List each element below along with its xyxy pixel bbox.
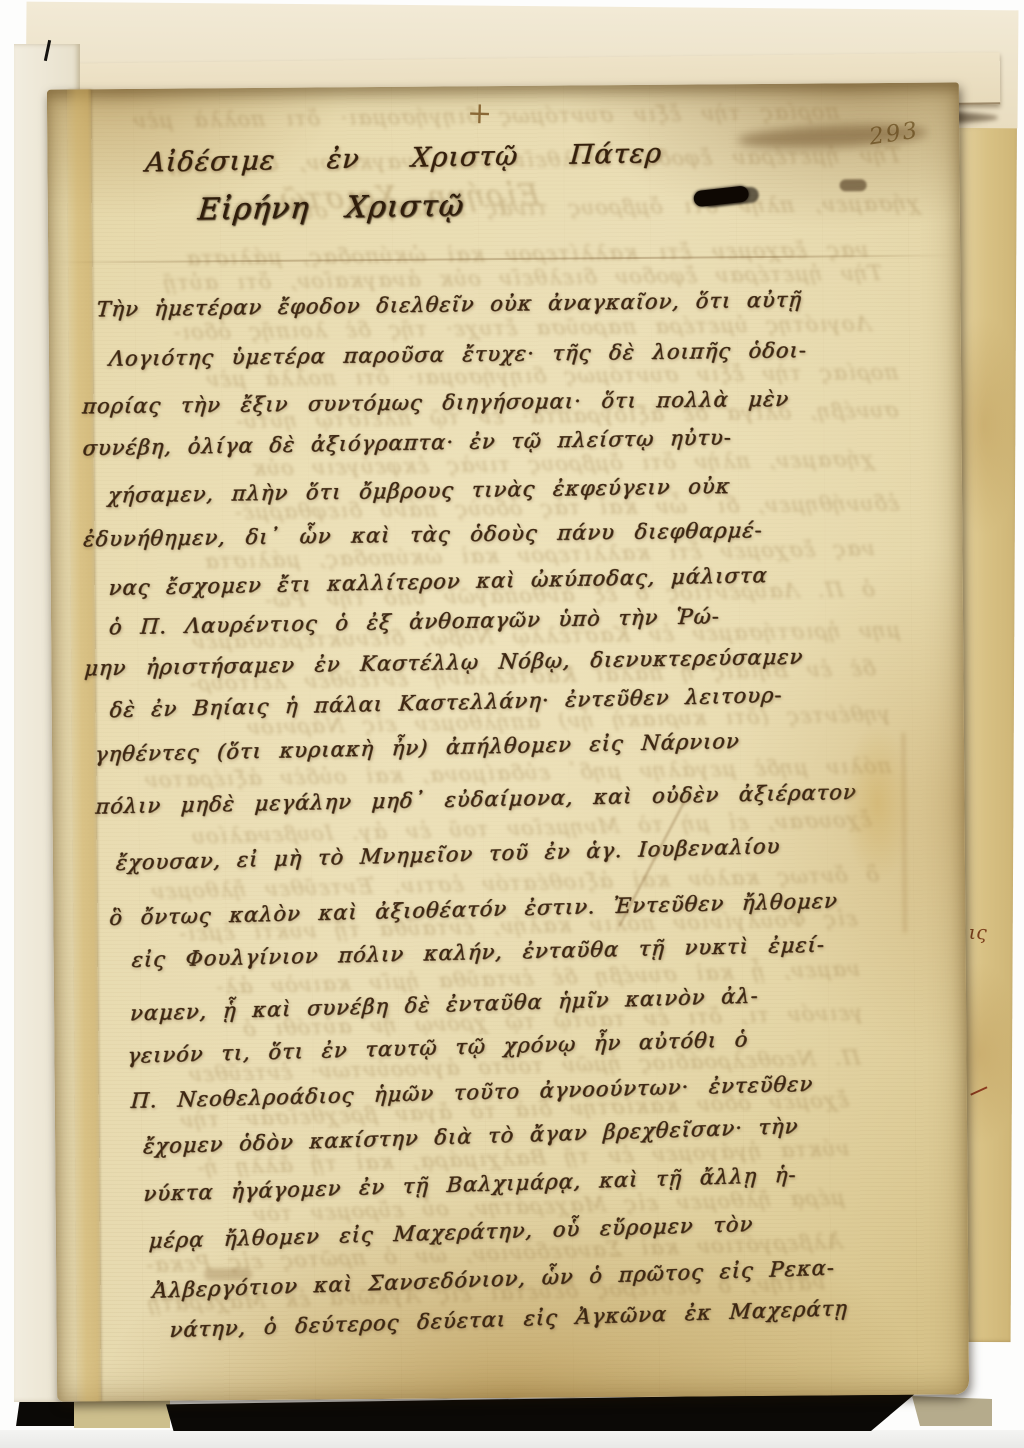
right-leaf-tick-mark bbox=[970, 1086, 987, 1095]
manuscript-line: εἰς Φουλγίνιον πόλιν καλήν, ἐνταῦθα τῇ ν… bbox=[131, 935, 826, 971]
manuscript-page: Τὴν ἡμετέραν ἔφοδον διελθεῖν οὐκ ἀναγκαῖ… bbox=[47, 82, 969, 1401]
manuscript-line: Τὴν ἡμετέραν ἔφοδον διελθεῖν οὐκ ἀναγκαῖ… bbox=[96, 290, 803, 321]
manuscript-line: πόλιν μηδὲ μεγάλην μηδ᾽ εὐδαίμονα, καὶ ο… bbox=[95, 782, 858, 818]
greeting-line: Εἰρήνη Χριστῷ bbox=[196, 191, 465, 225]
manuscript-line: νύκτα ἠγάγομεν ἐν τῇ Βαλχιμάρᾳ, καὶ τῇ ἄ… bbox=[143, 1165, 797, 1205]
manuscript-line: γεινόν τι, ὅτι ἐν ταυτῷ τῷ χρόνῳ ἦν αὐτό… bbox=[127, 1029, 749, 1067]
manuscript-line: νάτην, ὁ δεύτερος δεύεται εἰς Ἀγκῶνα ἐκ … bbox=[169, 1298, 848, 1341]
right-leaf-ink-mark: ις bbox=[969, 922, 987, 944]
manuscript-line: ὁ Π. Λαυρέντιος ὁ ἐξ ἀνθοπαγῶν ὑπὸ τὴν Ῥ… bbox=[108, 606, 720, 638]
manuscript-scan: ις Τὴν ἡμετέραν ἔφοδον διελθεῖν οὐκ ἀναγ… bbox=[0, 0, 1024, 1448]
manuscript-line: δὲ ἐν Βηίαις ἡ πάλαι Καστελλάνη· ἐντεῦθε… bbox=[109, 685, 783, 721]
manuscript-line: ναμεν, ᾗ καὶ συνέβη δὲ ἐνταῦθα ἡμῖν καιν… bbox=[130, 986, 760, 1025]
scan-dark-band-left bbox=[16, 1398, 78, 1426]
stain-right-middle bbox=[842, 723, 913, 884]
manuscript-line: μην ἠριστήσαμεν ἐν Καστέλλῳ Νόβῳ, διενυκ… bbox=[84, 647, 804, 680]
manuscript-line: Λογιότης ὑμετέρα παροῦσα ἔτυχε· τῆς δὲ λ… bbox=[108, 340, 808, 370]
manuscript-line: πορίας τὴν ἔξιν συντόμως διηγήσομαι· ὅτι… bbox=[82, 389, 790, 418]
cross-mark: + bbox=[467, 96, 493, 132]
manuscript-line: ὃ ὄντως καλὸν καὶ ἀξιοθέατόν ἐστιν. Ἐντε… bbox=[109, 891, 839, 929]
manuscript-line: μέρᾳ ἤλθομεν εἰς Μαχεράτην, οὗ εὕρομεν τ… bbox=[148, 1214, 754, 1252]
manuscript-line: Π. Νεοθελροάδιος ἡμῶν τοῦτο ἀγνοούντων· … bbox=[130, 1074, 814, 1112]
manuscript-line: ἐδυνήθημεν, δι᾽ ὧν καὶ τὰς ὁδοὺς πάνυ δι… bbox=[83, 520, 764, 550]
salutation-line: Αἰδέσιμε ἐν Χριστῷ Πάτερ bbox=[145, 140, 663, 177]
manuscript-line: Ἀλβεργότιον καὶ Σανσεδόνιον, ὧν ὁ πρῶτος… bbox=[152, 1257, 836, 1301]
scan-band-right bbox=[912, 1396, 992, 1426]
manuscript-line: νας ἔσχομεν ἔτι καλλίτερον καὶ ὠκύποδας,… bbox=[108, 565, 768, 599]
scanner-bed-strip bbox=[0, 1430, 1024, 1448]
manuscript-line: ἔχομεν ὁδὸν κακίστην διὰ τὸ ἄγαν βρεχθεῖ… bbox=[143, 1116, 799, 1158]
ink-smear-bottom bbox=[204, 1268, 252, 1280]
handwriting-layer: Αἰδέσιμε ἐν Χριστῷ Πάτερ Εἰρήνη Χριστῷ Τ… bbox=[47, 82, 969, 1401]
manuscript-line: συνέβη, ὀλίγα δὲ ἀξιόγραπτα· ἐν τῷ πλείσ… bbox=[82, 427, 733, 459]
manuscript-line: χήσαμεν, πλὴν ὅτι ὄμβρους τινὰς ἐκφεύγει… bbox=[107, 476, 731, 506]
manuscript-line: ἔχουσαν, εἰ μὴ τὸ Μνημεῖον τοῦ ἐν ἁγ. Ιο… bbox=[115, 836, 781, 874]
ink-blot-small bbox=[840, 179, 867, 191]
manuscript-line: γηθέντες (ὅτι κυριακὴ ἦν) ἀπήλθομεν εἰς … bbox=[94, 731, 740, 766]
